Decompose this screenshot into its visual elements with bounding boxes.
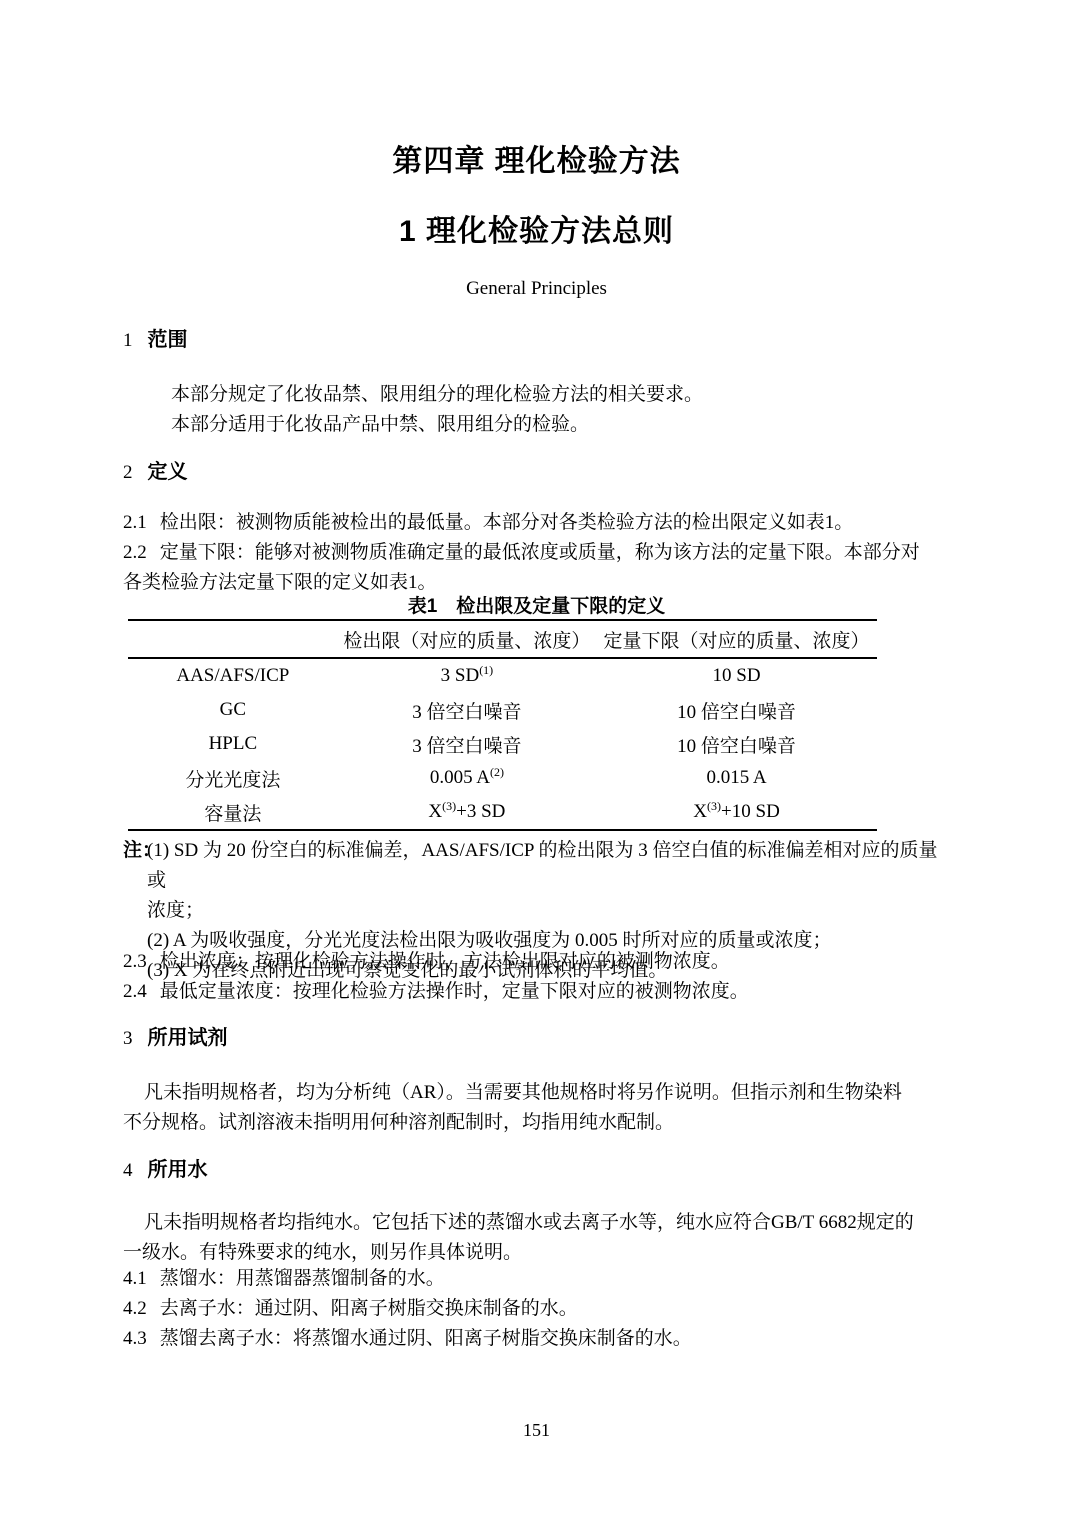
item-4-1: 4.1蒸馏水：用蒸馏器蒸馏制备的水。	[123, 1264, 950, 1294]
cell-method: HPLC	[128, 733, 338, 755]
cell-method: GC	[128, 699, 338, 721]
cell-text: 10 倍空白噪音	[677, 736, 796, 757]
item-text: 检出限：被测物质能被检出的最低量。本部分对各类检验方法的检出限定义如表1。	[160, 512, 854, 533]
section-number: 4	[123, 1159, 133, 1183]
section-4-heading: 4所用水	[123, 1158, 950, 1183]
table-row: HPLC 3 倍空白噪音 10 倍空白噪音	[128, 727, 877, 761]
item-text-continued: 各类检验方法定量下限的定义如表1。	[123, 568, 950, 598]
note-1-line-2: 浓度；	[147, 896, 950, 926]
page-number: 151	[123, 1419, 950, 1441]
cell-lod: X(3)+3 SD	[338, 801, 596, 823]
cell-text: 10 SD	[713, 665, 761, 686]
item-number: 2.1	[123, 508, 147, 538]
cell-loq: 10 SD	[596, 665, 877, 687]
section-2-heading: 2定义	[123, 460, 950, 485]
section-number: 2	[123, 461, 133, 485]
item-number: 4.3	[123, 1324, 147, 1354]
paragraph-line: 凡未指明规格者，均为分析纯（AR）。当需要其他规格时将另作说明。但指示剂和生物染…	[123, 1078, 950, 1108]
paragraph-line: 凡未指明规格者均指纯水。它包括下述的蒸馏水或去离子水等，纯水应符合GB/T 66…	[123, 1208, 950, 1238]
cell-method: 容量法	[128, 799, 338, 826]
item-4-2: 4.2去离子水：通过阴、阳离子树脂交换床制备的水。	[123, 1294, 950, 1324]
table-row: 分光光度法 0.005 A(2) 0.015 A	[128, 761, 877, 795]
item-text: 蒸馏水：用蒸馏器蒸馏制备的水。	[160, 1268, 445, 1289]
cell-lod: 3 倍空白噪音	[338, 731, 596, 758]
cell-method: AAS/AFS/ICP	[128, 665, 338, 687]
item-number: 2.3	[123, 947, 147, 977]
cell-text: 3 倍空白噪音	[412, 702, 521, 723]
section-4-paragraph: 凡未指明规格者均指纯水。它包括下述的蒸馏水或去离子水等，纯水应符合GB/T 66…	[123, 1208, 950, 1268]
item-number: 4.2	[123, 1294, 147, 1324]
section-title: 定义	[148, 461, 188, 483]
item-2-3: 2.3检出浓度：按理化检验方法操作时，方法检出限对应的被测物浓度。	[123, 947, 950, 977]
item-text: 最低定量浓度：按理化检验方法操作时，定量下限对应的被测物浓度。	[160, 981, 749, 1002]
table-caption: 表1 检出限及定量下限的定义	[123, 595, 950, 619]
section-number: 3	[123, 1027, 133, 1051]
note-1-line-1: (1) SD 为 20 份空白的标准偏差，AAS/AFS/ICP 的检出限为 3…	[147, 836, 950, 896]
cell-superscript: (2)	[490, 765, 504, 779]
section-title: 所用试剂	[148, 1027, 228, 1049]
cell-text: 3 倍空白噪音	[412, 736, 521, 757]
chapter-title: 第四章 理化检验方法	[123, 141, 950, 183]
cell-lod: 3 SD(1)	[338, 665, 596, 687]
header-cell-detection-limit: 检出限（对应的质量、浓度）	[338, 626, 596, 653]
table-header-row: 检出限（对应的质量、浓度） 定量下限（对应的质量、浓度）	[128, 621, 877, 659]
subtitle-english: General Principles	[123, 277, 950, 301]
section-1-paragraph-2: 本部分适用于化妆品产品中禁、限用组分的检验。	[123, 410, 998, 440]
cell-loq: 10 倍空白噪音	[596, 697, 877, 724]
cell-text: +10 SD	[721, 801, 780, 822]
table-row: AAS/AFS/ICP 3 SD(1) 10 SD	[128, 659, 877, 693]
cell-loq: 0.015 A	[596, 767, 877, 789]
cell-text: 0.015 A	[706, 767, 766, 788]
document-page: 第四章 理化检验方法 1 理化检验方法总则 General Principles…	[0, 0, 1074, 1520]
item-2-2: 2.2定量下限：能够对被测物质准确定量的最低浓度或质量，称为该方法的定量下限。本…	[123, 538, 950, 598]
cell-superscript: (3)	[707, 799, 721, 813]
section-3-heading: 3所用试剂	[123, 1026, 950, 1051]
cell-superscript: (3)	[442, 799, 456, 813]
cell-text: 3 SD	[441, 665, 480, 686]
section-1-paragraph-1: 本部分规定了化妆品禁、限用组分的理化检验方法的相关要求。	[123, 380, 998, 410]
cell-loq: 10 倍空白噪音	[596, 731, 877, 758]
cell-text: X	[428, 801, 442, 822]
cell-loq: X(3)+10 SD	[596, 801, 877, 823]
cell-text: X	[693, 801, 707, 822]
cell-method: 分光光度法	[128, 765, 338, 792]
item-text: 去离子水：通过阴、阳离子树脂交换床制备的水。	[160, 1298, 578, 1319]
table-row: GC 3 倍空白噪音 10 倍空白噪音	[128, 693, 877, 727]
header-cell-quantitation-limit: 定量下限（对应的质量、浓度）	[596, 626, 877, 653]
item-number: 2.2	[123, 538, 147, 568]
part-title: 1 理化检验方法总则	[123, 211, 950, 253]
item-4-3: 4.3蒸馏去离子水：将蒸馏水通过阴、阳离子树脂交换床制备的水。	[123, 1324, 950, 1354]
item-text: 定量下限：能够对被测物质准确定量的最低浓度或质量，称为该方法的定量下限。本部分对	[160, 542, 920, 563]
cell-lod: 3 倍空白噪音	[338, 697, 596, 724]
item-2-4: 2.4最低定量浓度：按理化检验方法操作时，定量下限对应的被测物浓度。	[123, 977, 950, 1007]
section-1-heading: 1范围	[123, 328, 950, 353]
cell-text: 0.005 A	[430, 767, 490, 788]
table-detection-limits: 检出限（对应的质量、浓度） 定量下限（对应的质量、浓度） AAS/AFS/ICP…	[128, 619, 877, 831]
item-number: 4.1	[123, 1264, 147, 1294]
paragraph-line: 不分规格。试剂溶液未指明用何种溶剂配制时，均指用纯水配制。	[123, 1108, 950, 1138]
section-title: 所用水	[148, 1159, 208, 1181]
cell-text: +3 SD	[456, 801, 505, 822]
section-3-paragraph: 凡未指明规格者，均为分析纯（AR）。当需要其他规格时将另作说明。但指示剂和生物染…	[123, 1078, 950, 1138]
section-number: 1	[123, 329, 133, 353]
item-2-1: 2.1检出限：被测物质能被检出的最低量。本部分对各类检验方法的检出限定义如表1。	[123, 508, 950, 538]
cell-lod: 0.005 A(2)	[338, 767, 596, 789]
cell-text: 10 倍空白噪音	[677, 702, 796, 723]
item-text: 蒸馏去离子水：将蒸馏水通过阴、阳离子树脂交换床制备的水。	[160, 1328, 692, 1349]
item-number: 2.4	[123, 977, 147, 1007]
table-row: 容量法 X(3)+3 SD X(3)+10 SD	[128, 795, 877, 829]
item-text: 检出浓度：按理化检验方法操作时，方法检出限对应的被测物浓度。	[160, 951, 730, 972]
cell-superscript: (1)	[479, 663, 493, 677]
section-title: 范围	[148, 329, 188, 351]
